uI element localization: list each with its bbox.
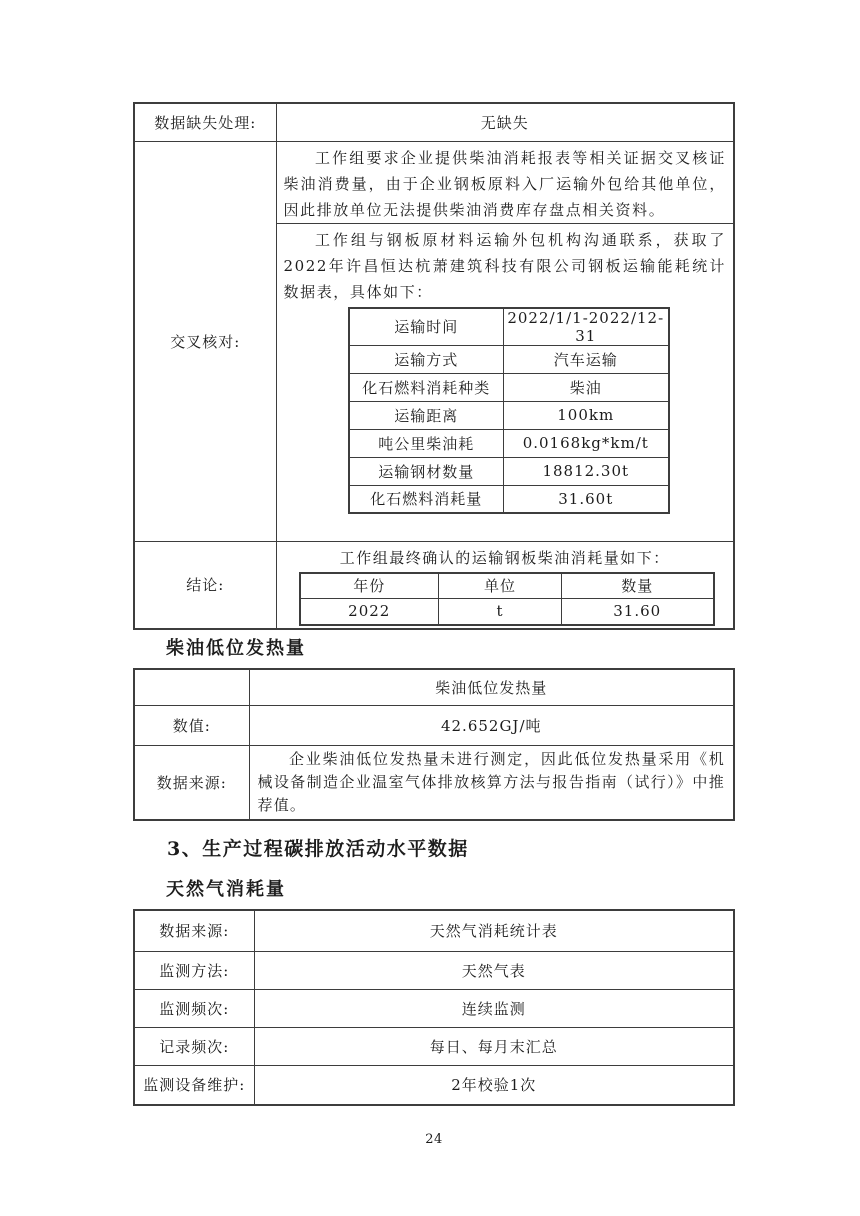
- natural-gas-table: 数据来源: 天然气消耗统计表 监测方法: 天然气表 监测频次: 连续监测 记录频…: [133, 909, 735, 1106]
- monitor-frequency-value: 连续监测: [254, 990, 734, 1028]
- diesel-per-tonkm-value: 0.0168kg*km/t: [504, 429, 669, 457]
- gas-source-value: 天然气消耗统计表: [254, 910, 734, 952]
- heating-value-table-header: 柴油低位发热量: [249, 669, 734, 705]
- transport-time-label: 运输时间: [349, 308, 504, 346]
- transport-energy-table: 运输时间 2022/1/1-2022/12-31 运输方式 汽车运输 化石燃料消…: [348, 307, 670, 515]
- heating-value: 42.652GJ/吨: [249, 705, 734, 745]
- gas-source-label: 数据来源:: [134, 910, 254, 952]
- transport-distance-value: 100km: [504, 401, 669, 429]
- document-page: 数据缺失处理: 无缺失 交叉核对: 工作组要求企业提供柴油消耗报表等相关证据交叉…: [0, 0, 860, 1216]
- year-value: 2022: [300, 599, 439, 625]
- table-row: 数据缺失处理: 无缺失: [134, 103, 734, 141]
- monitor-method-value: 天然气表: [254, 952, 734, 990]
- table-row: 化石燃料消耗量 31.60t: [349, 485, 669, 513]
- equipment-maintenance-label: 监测设备维护:: [134, 1066, 254, 1105]
- monitor-frequency-label: 监测频次:: [134, 990, 254, 1028]
- source-label: 数据来源:: [134, 745, 249, 820]
- table-row: 监测频次: 连续监测: [134, 990, 734, 1028]
- table-header-row: 年份 单位 数量: [300, 573, 714, 599]
- natural-gas-heading: 天然气消耗量: [166, 879, 735, 901]
- transport-distance-label: 运输距离: [349, 401, 504, 429]
- table-row: 运输距离 100km: [349, 401, 669, 429]
- table-row: 记录频次: 每日、每月末汇总: [134, 1028, 734, 1066]
- transport-mode-value: 汽车运输: [504, 345, 669, 373]
- missing-data-label: 数据缺失处理:: [134, 103, 276, 141]
- table-row: 监测设备维护: 2年校验1次: [134, 1066, 734, 1105]
- cross-check-paragraph-2: 工作组与钢板原材料运输外包机构沟通联系，获取了2022年许昌恒达杭萧建筑科技有限…: [277, 223, 734, 541]
- table-row: 运输钢材数量 18812.30t: [349, 457, 669, 485]
- fuel-consumption-value: 31.60t: [504, 485, 669, 513]
- quantity-header: 数量: [562, 573, 714, 599]
- value-label: 数值:: [134, 705, 249, 745]
- source-content: 企业柴油低位发热量未进行测定，因此低位发热量采用《机械设备制造企业温室气体排放核…: [249, 745, 734, 820]
- table-row: 运输方式 汽车运输: [349, 345, 669, 373]
- conclusion-label: 结论:: [134, 541, 276, 629]
- table-row: 交叉核对: 工作组要求企业提供柴油消耗报表等相关证据交叉核证柴油消费量，由于企业…: [134, 141, 734, 541]
- cross-check-paragraph-1: 工作组要求企业提供柴油消耗报表等相关证据交叉核证柴油消费量，由于企业钢板原料入厂…: [277, 142, 734, 223]
- fuel-type-value: 柴油: [504, 373, 669, 401]
- conclusion-content: 工作组最终确认的运输钢板柴油消耗量如下： 年份 单位 数量 2022 t 31.…: [276, 541, 734, 629]
- conclusion-table: 年份 单位 数量 2022 t 31.60: [299, 572, 715, 626]
- table-row: 结论: 工作组最终确认的运输钢板柴油消耗量如下： 年份 单位 数量 2022 t: [134, 541, 734, 629]
- process-emission-heading: 3、生产过程碳排放活动水平数据: [167, 837, 735, 862]
- steel-quantity-label: 运输钢材数量: [349, 457, 504, 485]
- cross-check-label: 交叉核对:: [134, 141, 276, 541]
- unit-value: t: [439, 599, 562, 625]
- fuel-type-label: 化石燃料消耗种类: [349, 373, 504, 401]
- table-row: 数据来源: 企业柴油低位发热量未进行测定，因此低位发热量采用《机械设备制造企业温…: [134, 745, 734, 820]
- table-row: 化石燃料消耗种类 柴油: [349, 373, 669, 401]
- fuel-consumption-label: 化石燃料消耗量: [349, 485, 504, 513]
- table-header-row: 柴油低位发热量: [134, 669, 734, 705]
- table-row: 吨公里柴油耗 0.0168kg*km/t: [349, 429, 669, 457]
- table-row: 数据来源: 天然气消耗统计表: [134, 910, 734, 952]
- year-header: 年份: [300, 573, 439, 599]
- table-row: 数值: 42.652GJ/吨: [134, 705, 734, 745]
- transport-mode-label: 运输方式: [349, 345, 504, 373]
- transport-time-value: 2022/1/1-2022/12-31: [504, 308, 669, 346]
- heating-value-heading: 柴油低位发热量: [166, 638, 735, 660]
- equipment-maintenance-value: 2年校验1次: [254, 1066, 734, 1105]
- diesel-per-tonkm-label: 吨公里柴油耗: [349, 429, 504, 457]
- empty-cell: [134, 669, 249, 705]
- table-row: 2022 t 31.60: [300, 599, 714, 625]
- source-text: 企业柴油低位发热量未进行测定，因此低位发热量采用《机械设备制造企业温室气体排放核…: [250, 746, 734, 819]
- monitor-method-label: 监测方法:: [134, 952, 254, 990]
- unit-header: 单位: [439, 573, 562, 599]
- record-frequency-value: 每日、每月末汇总: [254, 1028, 734, 1066]
- quantity-value: 31.60: [562, 599, 714, 625]
- cross-check-content: 工作组要求企业提供柴油消耗报表等相关证据交叉核证柴油消费量，由于企业钢板原料入厂…: [276, 141, 734, 541]
- steel-quantity-value: 18812.30t: [504, 457, 669, 485]
- heating-value-table: 柴油低位发热量 数值: 42.652GJ/吨 数据来源: 企业柴油低位发热量未进…: [133, 668, 735, 821]
- record-frequency-label: 记录频次:: [134, 1028, 254, 1066]
- missing-data-value: 无缺失: [276, 103, 734, 141]
- diesel-verification-table: 数据缺失处理: 无缺失 交叉核对: 工作组要求企业提供柴油消耗报表等相关证据交叉…: [133, 102, 735, 630]
- page-content: 数据缺失处理: 无缺失 交叉核对: 工作组要求企业提供柴油消耗报表等相关证据交叉…: [133, 0, 735, 1147]
- page-number: 24: [133, 1132, 735, 1147]
- table-row: 监测方法: 天然气表: [134, 952, 734, 990]
- conclusion-intro: 工作组最终确认的运输钢板柴油消耗量如下：: [277, 542, 734, 572]
- table-row: 运输时间 2022/1/1-2022/12-31: [349, 308, 669, 346]
